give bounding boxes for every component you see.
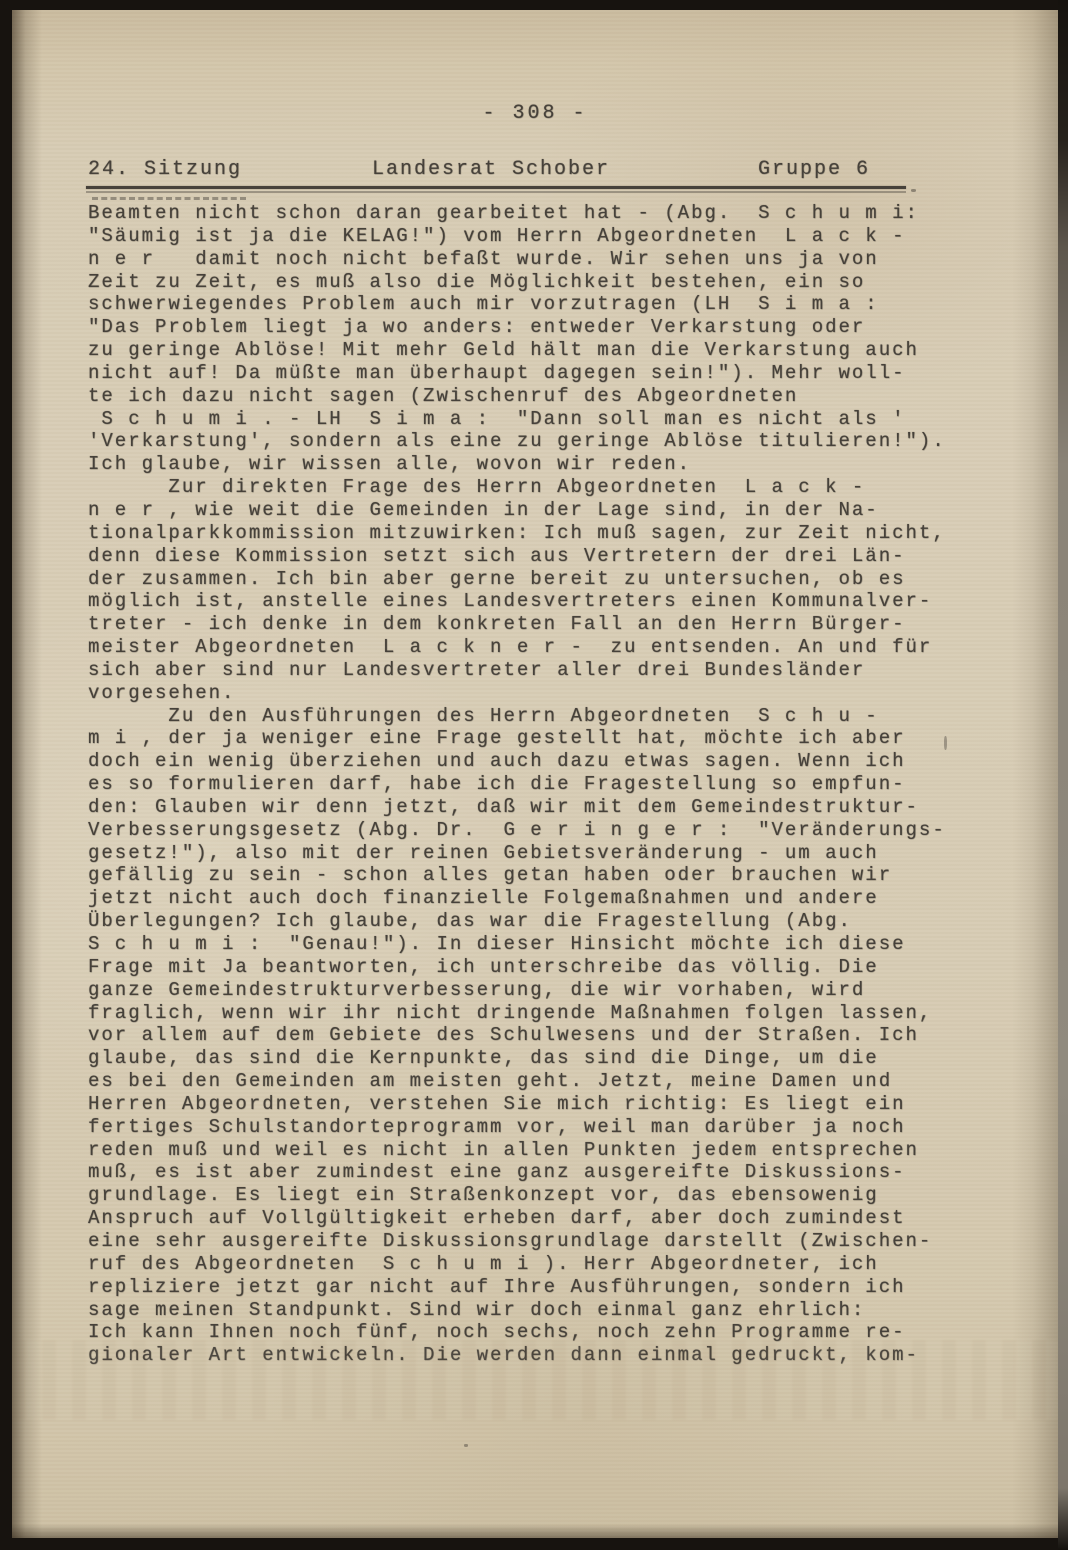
header-speaker-label: Landesrat Schober [372,158,610,181]
page-number: - 308 - [12,102,1058,125]
header-session-label: 24. Sitzung [88,158,242,181]
header-group-label: Gruppe 6 [758,158,870,181]
bottom-edge-shade [12,1524,1058,1538]
paper-sheet: - 308 - 24. Sitzung Landesrat Schober Gr… [12,10,1058,1538]
right-edge-shade [1012,10,1058,1538]
ink-speck [464,1444,468,1447]
header-underline-echo [86,191,906,193]
header-dashed-underline [92,197,246,200]
ink-speck [911,189,916,192]
scanner-edge-strip [1058,0,1068,1550]
body-text: Beamten nicht schon daran gearbeitet hat… [88,202,946,1367]
scanned-page: - 308 - 24. Sitzung Landesrat Schober Gr… [0,0,1068,1550]
header-underline [86,186,906,189]
binding-shadow [12,10,42,1538]
